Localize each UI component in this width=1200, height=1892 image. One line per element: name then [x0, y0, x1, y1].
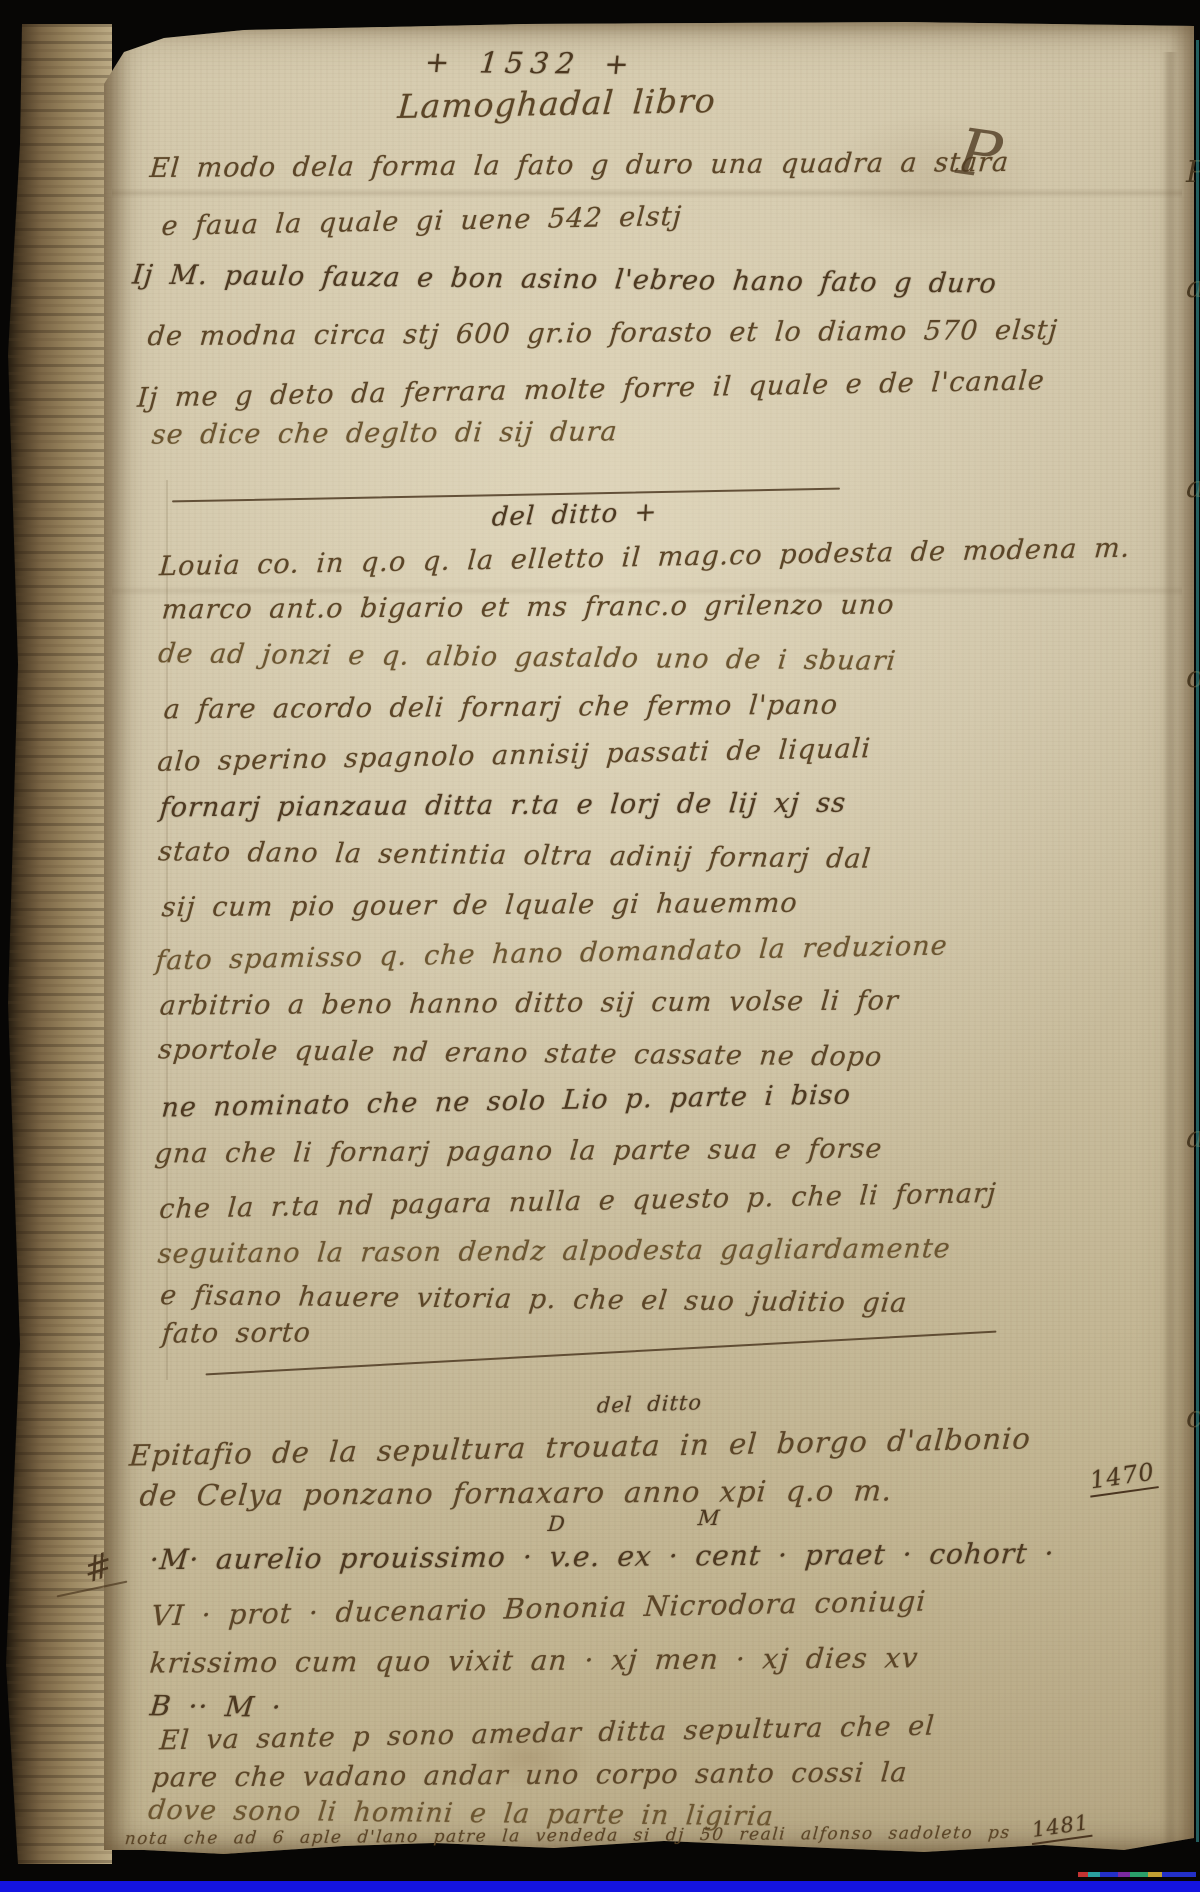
intro-line: Ij me g deto da ferrara molte forre il q… — [136, 365, 1046, 413]
scan-edge-line — [1196, 40, 1199, 1842]
underlined-year-1470: 1470 — [1086, 1457, 1159, 1497]
latin-line: VI · prot · ducenario Bononia Nicrodora … — [150, 1585, 927, 1633]
footnote-year: 1481 — [1030, 1814, 1091, 1841]
body-line: Louia co. in q.o q. la elletto il mag.co… — [158, 533, 1131, 583]
body-line: ne nominato che ne solo Lio p. parte i b… — [160, 1079, 852, 1123]
body-line: seguitano la rason dendz alpodesta gagli… — [157, 1233, 952, 1270]
dis-manibus-m: M — [697, 1506, 721, 1530]
body-line: fato spamisso q. che hano domandato la r… — [154, 930, 948, 976]
body-line: fornarj pianzaua ditta r.ta e lorj de li… — [159, 788, 848, 824]
scan-noise-pixels — [1078, 1872, 1196, 1877]
year-mark: + 1532 + — [423, 45, 637, 81]
epitaph-heading-line: Epitafio de la sepultura trouata in el b… — [128, 1421, 1032, 1472]
intro-line: se dice che deglto di sij dura — [151, 416, 619, 450]
latin-line: B ·· M · — [148, 1689, 283, 1723]
body-line: de ad jonzi e q. albio gastaldo uno de i… — [157, 638, 898, 677]
year-found: 1470 — [1088, 1462, 1157, 1493]
intro-line: El modo dela forma la fato g duro una qu… — [149, 147, 1011, 184]
underlined-year-1481: 1481 — [1028, 1810, 1093, 1845]
latin-line: ·M· aurelio prouissimo · v.e. ex · cent … — [148, 1537, 1055, 1576]
body-line: e fisano hauere vitoria p. che el suo ju… — [159, 1280, 909, 1319]
body-line: a fare acordo deli fornarj che fermo l'p… — [163, 690, 840, 726]
body-line: arbitrio a beno hanno ditto sij cum vols… — [159, 985, 901, 1021]
title-script: Lamoghadal libro — [396, 81, 717, 126]
body-line: sportole quale nd erano state cassate ne… — [157, 1034, 884, 1073]
body-line: fato sorto — [161, 1317, 312, 1349]
body-line: marco ant.o bigario et ms franc.o grilen… — [161, 589, 896, 625]
epitaph-heading-line: de Celya ponzano fornaxaro anno xpi q.o … — [138, 1473, 893, 1512]
latin-line: krissimo cum quo vixit an · xj men · xj … — [148, 1641, 919, 1679]
section-heading: del ditto + — [491, 497, 658, 532]
body-line: gna che li fornarj pagano la parte sua e… — [154, 1133, 884, 1169]
handwriting-layer: + 1532 + Lamoghadal libro El modo dela f… — [0, 0, 1200, 1892]
body-line: stato dano la sentintia oltra adinij for… — [157, 836, 873, 874]
dis-manibus-d: D — [547, 1512, 567, 1536]
intro-line: e faua la quale gi uene 542 elstj — [161, 201, 684, 242]
body-line: sij cum pio gouer de lquale gi hauemmo — [161, 888, 799, 923]
epitaph-superscript: del ditto — [596, 1390, 703, 1417]
intro-line: Ij M. paulo fauza e bon asino l'ebreo ha… — [131, 259, 998, 299]
intro-line: de modna circa stj 600 gr.io forasto et … — [146, 315, 1059, 352]
body-line: che la r.ta nd pagara nulla e questo p. … — [158, 1178, 997, 1225]
manuscript-scan: + 1532 + Lamoghadal libro El modo dela f… — [0, 0, 1200, 1892]
closing-line: pare che vadano andar uno corpo santo co… — [151, 1757, 909, 1793]
pen-flourish-mark: P — [953, 115, 1006, 194]
section-divider — [172, 488, 840, 503]
section-divider — [206, 1331, 997, 1376]
scan-blue-bar — [0, 1881, 1200, 1892]
body-line: alo sperino spagnolo annisij passati de … — [156, 733, 872, 778]
